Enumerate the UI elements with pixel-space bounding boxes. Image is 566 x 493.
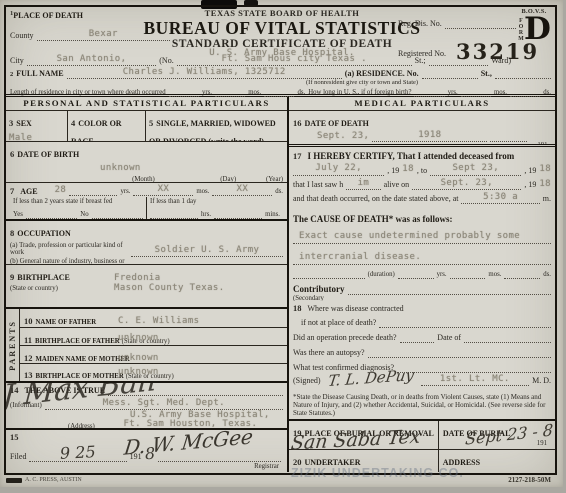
dotted-leader — [379, 317, 551, 328]
cause-line-2: intercranial disease. — [299, 252, 421, 262]
city-field: City San Antonio, (No. Ft. Sam Hous city… — [10, 55, 511, 66]
item-number: 4 — [71, 118, 75, 128]
sex-cell: 3SEX Male — [6, 111, 68, 141]
signed-label: (Signed) — [293, 376, 321, 386]
item-number: 16 — [293, 118, 302, 128]
dotted-leader — [414, 86, 444, 97]
filed-date-hand: 9 25 — [60, 442, 97, 464]
occupation-row: 8OCCUPATION (a) Trade, profession or par… — [6, 221, 287, 265]
full-name-field: 2 FULL NAME Charles J. Williams, 1325712… — [10, 68, 551, 79]
marital-cell: 5SINGLE, MARRIED, WIDOWED OR DIVORCED (w… — [146, 111, 287, 141]
board-title: TEXAS STATE BOARD OF HEALTH — [134, 8, 430, 18]
ds-label: ds. — [543, 271, 551, 279]
sex-race-marital-row: 3SEX Male 4COLOR OR RACE White 5SINGLE, … — [6, 111, 287, 142]
dod-label: DATE OF DEATH — [305, 119, 369, 128]
nonresident-note: (If nonresident give city or town and St… — [306, 79, 418, 86]
to-label: , to — [417, 166, 427, 176]
printer-logo — [6, 478, 22, 483]
year-prefix: 191 — [130, 452, 142, 462]
reg-dis-field: Reg. Dis. No. — [398, 18, 516, 29]
no-label: (No. — [159, 56, 173, 66]
m-label: m. — [543, 194, 551, 204]
father-value: C. E. Williams — [118, 311, 199, 325]
where-contracted-label: Where was disease contracted — [308, 304, 404, 314]
parents-vertical-label: PARENTS — [6, 309, 20, 381]
dotted-leader — [400, 332, 435, 343]
filed-row: 15 D. W. McGee Filed 9 25 191 8 Registra… — [6, 430, 287, 472]
hrs-label: hrs. — [201, 211, 211, 219]
bureau-title: BUREAU OF VITAL STATISTICS — [134, 18, 430, 39]
cause-of-death-block: The CAUSE OF DEATH* was as follows: Exac… — [289, 212, 555, 301]
yrs-label: yrs. — [448, 89, 458, 97]
item-number: 18 — [293, 303, 302, 314]
dod-month-value: Sept. 23, — [317, 131, 369, 142]
county-label: County — [10, 31, 34, 41]
him-value: im — [358, 178, 370, 189]
mother-label: MAIDEN NAME OF MOTHER — [36, 356, 130, 363]
pre-19-label: , 19 — [387, 166, 399, 176]
dotted-leader: 1918 — [372, 131, 487, 142]
attended-to-value: Sept 23, — [452, 163, 499, 174]
no-label: No — [80, 211, 88, 219]
dotted-leader — [293, 268, 365, 279]
how-long-label: How long in U. S., if of foreign birth? — [308, 89, 411, 97]
date-of-birth-row: 6DATE OF BIRTH unknown (Month) (Day) (Ye… — [6, 142, 287, 183]
saw-year-value: 18 — [539, 179, 551, 190]
ward-label: Ward) — [491, 56, 511, 66]
parents-block: PARENTS 10NAME OF FATHER C. E. Williams … — [6, 309, 287, 383]
dotted-leader — [490, 131, 527, 142]
item-number: 12 — [24, 353, 33, 363]
dotted-leader: San Antonio, — [27, 55, 156, 66]
occupation-a-value: Soldier U. S. Army — [155, 245, 260, 256]
time-of-death-value: 5:30 a — [483, 192, 518, 203]
item-number: 17 — [293, 151, 302, 162]
undertaker-row: 20UNDERTAKER ZIZIK UNDERTAKING CO. ADDRE… — [289, 450, 555, 472]
pre-19-label: , 19 — [524, 180, 536, 190]
breast-fed-label: If less than 2 years state if breast fed — [13, 198, 143, 206]
dotted-leader — [169, 86, 199, 97]
yes-label: Yes — [13, 211, 23, 219]
occupation-a-label: (a) Trade, profession or particular kind… — [10, 242, 128, 257]
dotted-leader: Sept. 23, — [412, 179, 521, 190]
age-row: 7 AGE 28 yrs. XX mos. XX ds. I — [6, 183, 287, 221]
last-saw-value: Sept. 23, — [441, 178, 493, 189]
street-typed-value: Ft. Sam Hous city Texas . — [221, 54, 366, 65]
birthplace-sublabel: (State or country) — [10, 285, 114, 293]
dotted-leader — [464, 332, 551, 343]
mother-value: unknown — [118, 348, 159, 361]
pre-19-label: , 19 — [524, 166, 536, 176]
residence-label: (a) RESIDENCE. No. — [345, 69, 419, 79]
header: 1PLACE OF DEATH County Bexar TEXAS STATE… — [6, 7, 555, 97]
date-of-label: Date of — [437, 333, 461, 343]
residence-st-label: St., — [481, 69, 492, 79]
columns: PERSONAL AND STATISTICAL PARTICULARS 3SE… — [6, 97, 555, 472]
medical-particulars-column: MEDICAL PARTICULARS 16DATE OF DEATH Sept… — [289, 97, 555, 472]
st-label: St.; — [415, 56, 426, 66]
item-number: 2 — [10, 71, 13, 79]
form-d-plate: B.O.V.S. FORM D — [514, 8, 554, 44]
cause-label: The CAUSE OF DEATH* was as follows: — [293, 214, 551, 225]
parents-label: PARENTS — [8, 320, 17, 371]
mother-bp-value: unknown — [118, 365, 159, 380]
dotted-leader — [150, 208, 198, 219]
item-number: 8 — [10, 228, 14, 238]
dotted-leader — [264, 86, 294, 97]
date-of-death-row: 16DATE OF DEATH Sept. 23, 1918 (Month) (… — [289, 111, 555, 147]
father-label: NAME OF FATHER — [36, 319, 97, 326]
birthplace-label: BIRTHPLACE — [17, 273, 70, 282]
dotted-leader — [510, 86, 540, 97]
length-of-residence-field: Length of residence in city or town wher… — [10, 86, 551, 97]
informant-row: J Max Ball 14 THE ABOVE IS TRUE (Informa… — [6, 383, 287, 430]
footnote: *State the Disease Causing Death, or in … — [289, 391, 555, 422]
dotted-leader: XX — [212, 185, 272, 196]
occupation-b-label: (b) General nature of industry, business… — [10, 258, 128, 265]
if-not-at-place-label: if not at place of death? — [301, 318, 376, 328]
md-label: M. D. — [532, 376, 551, 386]
sex-label: SEX — [16, 119, 32, 128]
dotted-leader — [215, 86, 245, 97]
to-year-value: 18 — [539, 164, 551, 175]
sex-value: Male — [9, 133, 64, 142]
birthplace-value-2: Mason County Texas. — [114, 283, 283, 293]
operation-label: Did an operation precede death? — [293, 333, 397, 343]
city-value: San Antonio, — [57, 54, 127, 65]
age-mos-value: XX — [158, 184, 170, 195]
father-bp-value: unknown — [118, 330, 159, 342]
burial-date-cell: DATE OF BURIAL Sept 23 - 8 191 — [438, 421, 555, 449]
contributory-label: Contributory — [293, 284, 345, 295]
dotted-leader: Charles J. Williams, 1325712 — [67, 68, 342, 79]
ds-label: ds. — [543, 89, 551, 97]
certificate-paper: 1PLACE OF DEATH County Bexar TEXAS STATE… — [0, 0, 563, 487]
occupation-label: OCCUPATION — [17, 229, 70, 238]
age-label: AGE — [20, 187, 37, 197]
year-label: (Year) — [266, 176, 283, 183]
dotted-leader — [445, 18, 516, 29]
dotted-leader — [368, 347, 551, 358]
item-number: 6 — [10, 149, 14, 159]
length-label: Length of residence in city or town wher… — [10, 89, 166, 97]
city-label: City — [10, 56, 24, 66]
dotted-leader: im — [346, 179, 380, 190]
mother-bp-label: BIRTHPLACE OF MOTHER — [36, 373, 124, 380]
less-than-day-label: If less than 1 day — [150, 198, 280, 206]
father-bp-label: BIRTHPLACE OF FATHER — [35, 338, 120, 345]
dotted-leader — [293, 388, 323, 391]
item-number: 7 — [10, 186, 14, 197]
dotted-leader: July 22, — [293, 165, 384, 176]
county-value: Bexar — [89, 29, 118, 40]
dotted-leader — [461, 86, 491, 97]
day-label: (Day) — [220, 176, 236, 183]
dotted-leader — [69, 185, 117, 196]
certify-line1: I HEREBY CERTIFY, That I attended deceas… — [308, 151, 515, 162]
filed-year-hand: 8 — [144, 444, 155, 465]
certify-block: 17 I HEREBY CERTIFY, That I attended dec… — [289, 147, 555, 212]
dotted-leader: Ft. Sam Hous city Texas . — [177, 55, 412, 66]
dotted-leader: Ft. Sam Houston, Texas. — [98, 420, 283, 430]
dotted-leader: Sept 23, — [430, 165, 521, 176]
item-number: 11 — [24, 335, 32, 345]
physician-rank-typed: 1st. Lt. MC. — [440, 374, 510, 385]
yrs-label: yrs. — [202, 89, 212, 97]
mother-maiden-row: 12MAIDEN NAME OF MOTHER unknown — [20, 346, 287, 364]
yrs-label: yrs. — [120, 188, 130, 196]
item-number: 3 — [9, 118, 13, 128]
age-ds-value: XX — [237, 184, 249, 195]
mos-label: mos. — [196, 188, 209, 196]
dotted-leader: 1st. Lt. MC. — [421, 375, 530, 386]
personal-particulars-column: PERSONAL AND STATISTICAL PARTICULARS 3SE… — [6, 97, 289, 472]
dotted-leader: XX — [133, 185, 193, 196]
duration-label: (duration) — [368, 271, 395, 279]
race-cell: 4COLOR OR RACE White — [68, 111, 146, 141]
race-label: COLOR OR RACE — [71, 119, 122, 142]
right-column-title: MEDICAL PARTICULARS — [289, 97, 555, 111]
filed-label: Filed — [10, 452, 26, 462]
print-code: 2127-218-50M — [508, 476, 551, 484]
mother-birthplace-row: 13BIRTHPLACE OF MOTHER(State or country)… — [20, 364, 287, 381]
alive-on-label: alive on — [384, 180, 410, 190]
birthplace-value-1: Fredonia — [114, 273, 283, 283]
death-occurred-label: and that death occurred, on the date sta… — [293, 194, 458, 204]
reg-dis-label: Reg. Dis. No. — [398, 19, 442, 29]
attended-from-value: July 22, — [315, 163, 362, 174]
month-label: (Month) — [132, 176, 155, 183]
place-of-death-heading: 1PLACE OF DEATH — [10, 10, 83, 21]
dotted-leader: 9 25 — [29, 451, 126, 462]
yrs-label: yrs. — [437, 271, 447, 279]
father-birthplace-row: 11BIRTHPLACE OF FATHER(State or country)… — [20, 328, 287, 345]
question-18-block: 18Where was disease contracted if not at… — [289, 301, 555, 390]
title-block: TEXAS STATE BOARD OF HEALTH BUREAU OF VI… — [134, 8, 430, 58]
dotted-leader — [402, 388, 551, 391]
autopsy-label: Was there an autopsy? — [293, 348, 365, 358]
age-value: 28 — [55, 185, 67, 196]
item-number: 10 — [24, 316, 33, 326]
dotted-leader — [348, 284, 552, 295]
year-prefix: 191 — [537, 440, 547, 448]
dotted-leader — [495, 68, 551, 79]
ds-label: ds. — [297, 89, 305, 97]
place-of-death-label: PLACE OF DEATH — [13, 11, 83, 20]
dotted-leader — [239, 173, 263, 183]
ds-label: ds. — [275, 188, 283, 196]
dob-label: DATE OF BIRTH — [17, 150, 79, 159]
mos-label: mos. — [494, 89, 507, 97]
dotted-leader: 5:30 a — [461, 193, 539, 204]
father-name-row: 10NAME OF FATHER C. E. Williams — [20, 309, 287, 328]
from-year-value: 18 — [402, 164, 414, 175]
dod-year-value: 1918 — [418, 130, 441, 141]
dotted-leader — [398, 268, 434, 279]
dotted-leader: Soldier U. S. Army — [131, 246, 283, 257]
marital-label: SINGLE, MARRIED, WIDOWED OR DIVORCED (wr… — [149, 119, 276, 142]
burial-place-cell: 19PLACE OF BURIAL OR REMOVAL San Saba Te… — [289, 421, 438, 449]
printer-mark-text: A. C. PRESS, AUSTIN — [25, 477, 82, 483]
informant-address-label: (Address) — [68, 423, 95, 430]
item-number: 9 — [10, 272, 14, 282]
dotted-leader — [450, 268, 486, 279]
dotted-leader — [214, 208, 262, 219]
death-certificate-scan: 1PLACE OF DEATH County Bexar TEXAS STATE… — [0, 0, 566, 493]
dob-value: unknown — [100, 163, 283, 173]
burial-row: 19PLACE OF BURIAL OR REMOVAL San Saba Te… — [289, 421, 555, 450]
last-saw-label: that I last saw h — [293, 180, 343, 190]
dotted-leader — [92, 208, 143, 219]
dotted-leader — [422, 68, 478, 79]
registrar-label: Registrar — [254, 463, 279, 471]
dotted-leader — [158, 173, 218, 183]
printer-mark: A. C. PRESS, AUSTIN — [6, 477, 82, 483]
full-name-value: Charles J. Williams, 1325712 — [123, 67, 286, 78]
dotted-leader — [429, 55, 489, 66]
birthplace-row: 9BIRTHPLACE (State or country) Fredonia … — [6, 265, 287, 309]
form-word: FORM — [517, 18, 523, 42]
mins-label: mins. — [265, 211, 280, 219]
mos-label: mos. — [488, 271, 501, 279]
certificate-frame: 1PLACE OF DEATH County Bexar TEXAS STATE… — [4, 5, 557, 475]
dotted-leader — [10, 173, 129, 183]
dotted-leader — [26, 208, 77, 219]
full-name-label: FULL NAME — [16, 69, 63, 79]
item-number: 5 — [149, 118, 153, 128]
item-number: 13 — [24, 370, 33, 380]
dotted-leader — [158, 451, 281, 462]
dotted-leader — [504, 268, 540, 279]
undertaker-stamp: ZIZIK UNDERTAKING CO. — [291, 466, 464, 480]
dotted-leader — [397, 362, 551, 373]
mos-label: mos. — [248, 89, 261, 97]
left-column-title: PERSONAL AND STATISTICAL PARTICULARS — [6, 97, 287, 111]
cause-line-1: Exact cause undetermined probably some — [299, 231, 520, 241]
form-letter: D — [524, 15, 551, 44]
